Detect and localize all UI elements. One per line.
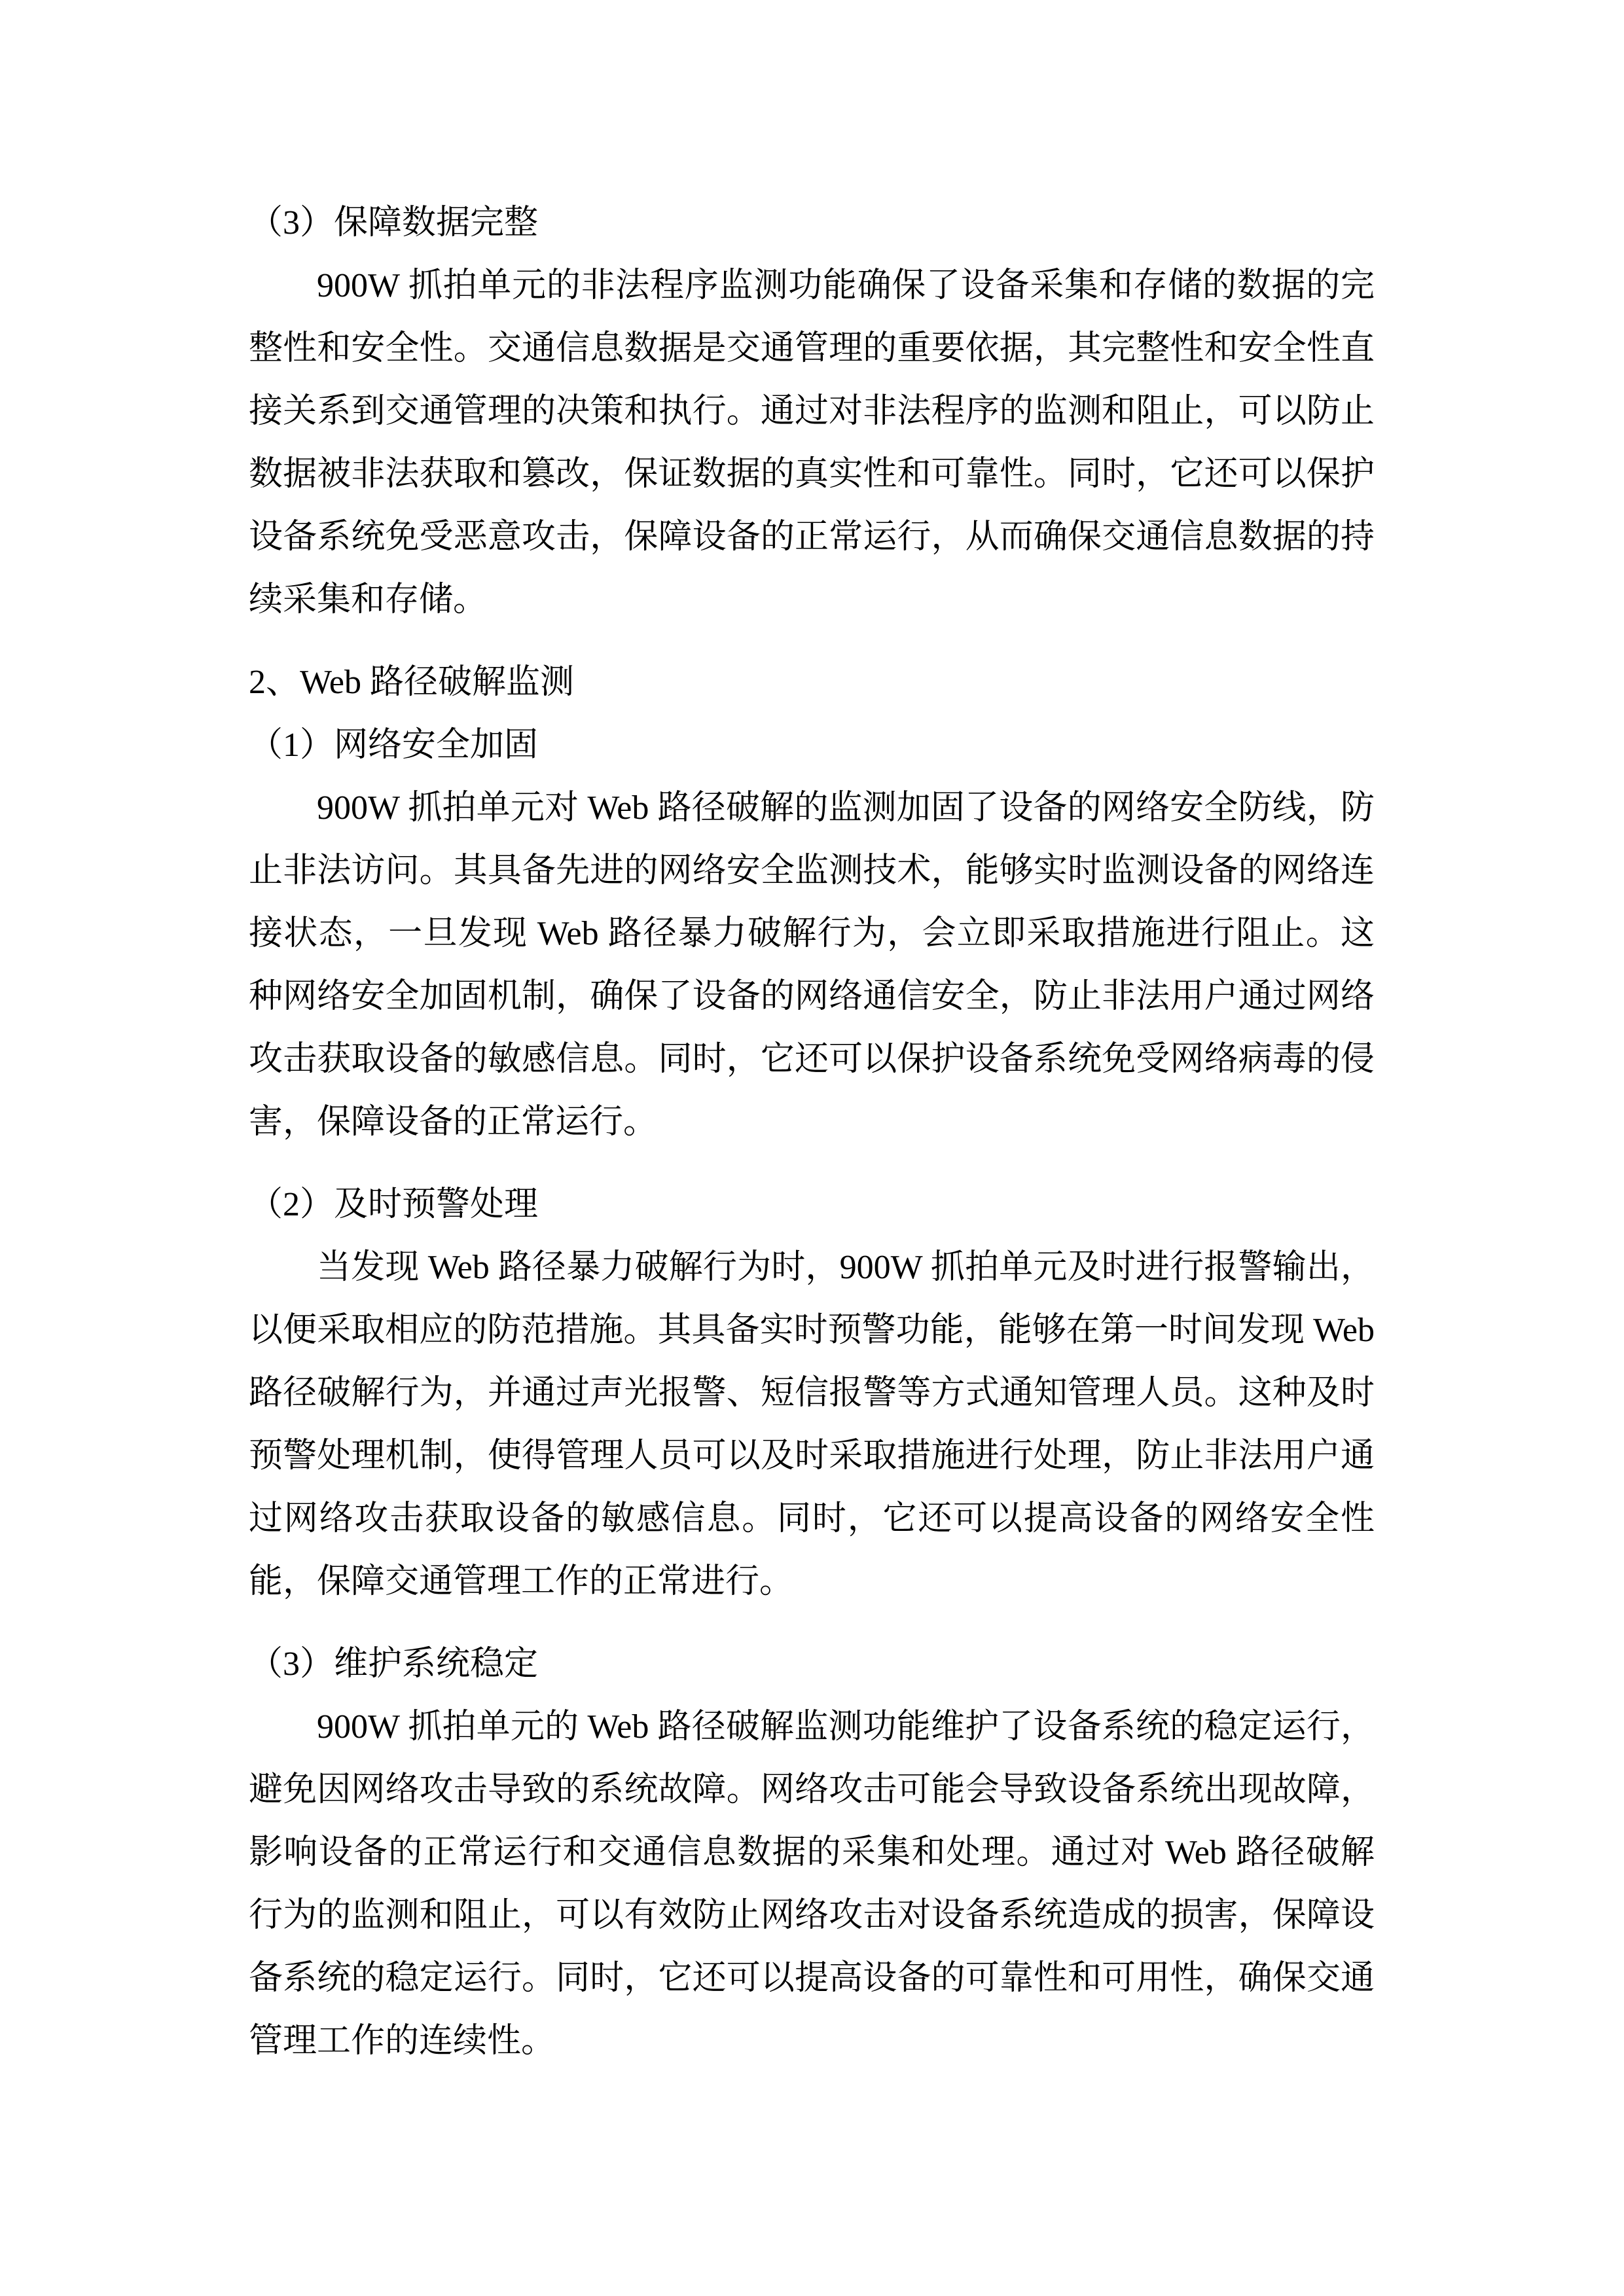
document-page: （3）保障数据完整 900W 抓拍单元的非法程序监测功能确保了设备采集和存储的数… xyxy=(0,0,1624,2296)
heading-network-security-hardening: （1）网络安全加固 xyxy=(249,714,1375,777)
heading-timely-warning-handling: （2）及时预警处理 xyxy=(249,1174,1375,1236)
heading-web-path-crack-monitoring: 2、Web 路径破解监测 xyxy=(249,651,1375,714)
paragraph-illegal-program-monitoring: 900W 抓拍单元的非法程序监测功能确保了设备采集和存储的数据的完整性和安全性。… xyxy=(249,255,1375,632)
heading-ensure-data-integrity: （3）保障数据完整 xyxy=(249,192,1375,255)
heading-maintain-system-stability: （3）维护系统稳定 xyxy=(249,1633,1375,1696)
paragraph-timely-warning-handling: 当发现 Web 路径暴力破解行为时，900W 抓拍单元及时进行报警输出，以便采取… xyxy=(249,1236,1375,1613)
paragraph-maintain-system-stability: 900W 抓拍单元的 Web 路径破解监测功能维护了设备系统的稳定运行，避免因网… xyxy=(249,1696,1375,2073)
paragraph-network-security-hardening: 900W 抓拍单元对 Web 路径破解的监测加固了设备的网络安全防线，防止非法访… xyxy=(249,777,1375,1154)
